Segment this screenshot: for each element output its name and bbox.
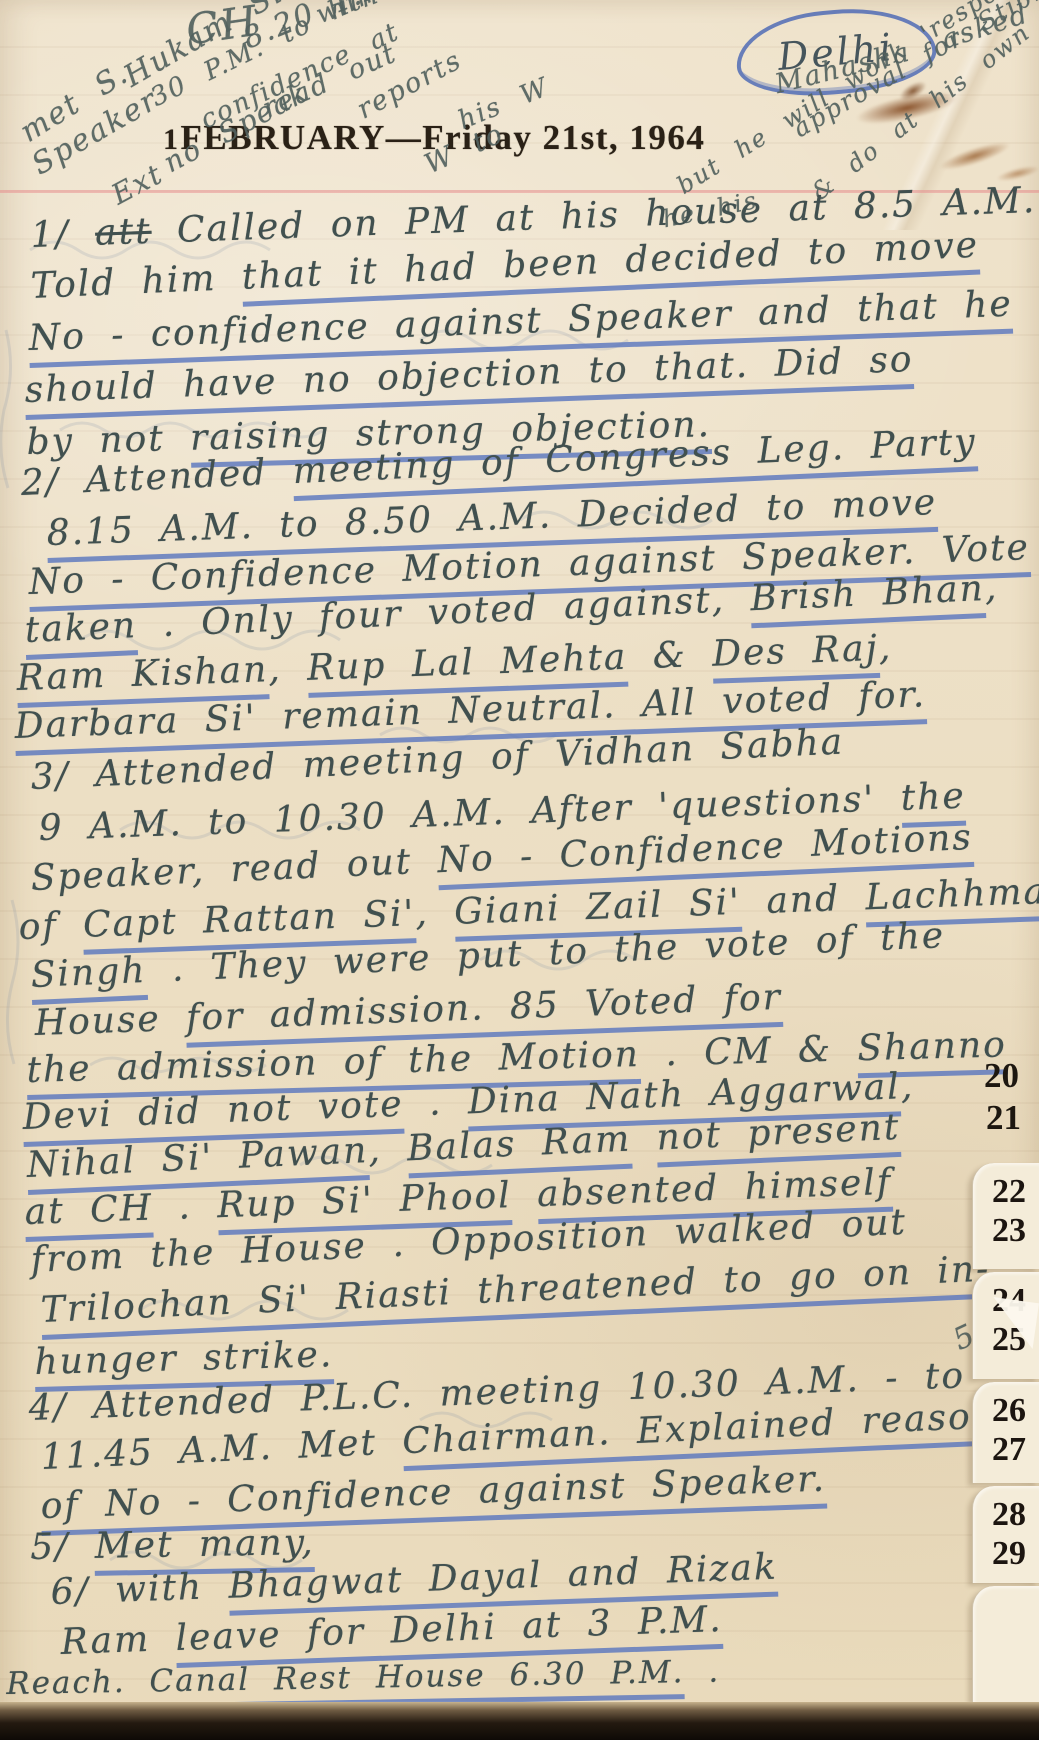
handwritten-line: 5/ Met many, [30,1522,315,1568]
underlined-phrase: taken [24,605,138,660]
tab-date-number: 26 [973,1391,1039,1430]
date-tab: 2223 [972,1163,1039,1269]
phrase: , [984,568,999,610]
torn-paper-sliver [987,1297,1039,1349]
date-tab: 2829 [972,1486,1039,1583]
phrase: , [367,1128,408,1171]
tab-date-number: 27 [973,1430,1039,1469]
date-tab [972,1586,1039,1702]
phrase: , [268,648,308,690]
phrase: House [34,998,187,1044]
underlined-phrase: not present [656,1107,902,1168]
diary-page-scan: 1FEBRUARY—Friday 21st, 1964 Delhi CH8.20… [0,0,1039,1740]
phrase: , [900,1066,915,1107]
phrase: . [403,1081,469,1124]
phrase: att [94,211,152,254]
phrase: , [878,627,893,668]
date-tab: 2627 [972,1382,1039,1483]
date-number: 21 [986,1098,1021,1138]
phrase: Ram [60,1618,176,1663]
underlined-phrase: Des Raj [711,628,879,684]
underlined-phrase: Brish Bhan [749,568,986,628]
phrase: , [415,892,455,934]
tab-date-number: 22 [973,1172,1039,1211]
phrase: & [627,634,713,678]
phrase: 6/ with [50,1566,229,1613]
phrase [630,1118,657,1160]
phrase: of [18,905,84,948]
phrase: and [740,877,866,922]
book-bottom-band [0,1702,1039,1740]
phrase: Reach. [6,1664,150,1702]
tab-date-number: 23 [973,1211,1039,1250]
underlined-phrase: at CH [24,1188,154,1242]
phrase [511,1174,538,1216]
phrase: 1/ [30,213,96,256]
handwritten-line: hunger strike. [34,1334,334,1383]
phrase: . [684,1654,720,1691]
underlined-phrase: Balas Ram [406,1119,632,1179]
tab-date-number: 28 [973,1495,1039,1534]
phrase: . [152,1185,218,1228]
phrase: 5/ [30,1526,95,1568]
tab-date-number: 29 [973,1534,1039,1573]
date-number: 20 [984,1056,1019,1096]
paper-background: 1FEBRUARY—Friday 21st, 1964 Delhi CH8.20… [0,0,1039,1740]
underlined-phrase: Singh [30,950,148,1005]
